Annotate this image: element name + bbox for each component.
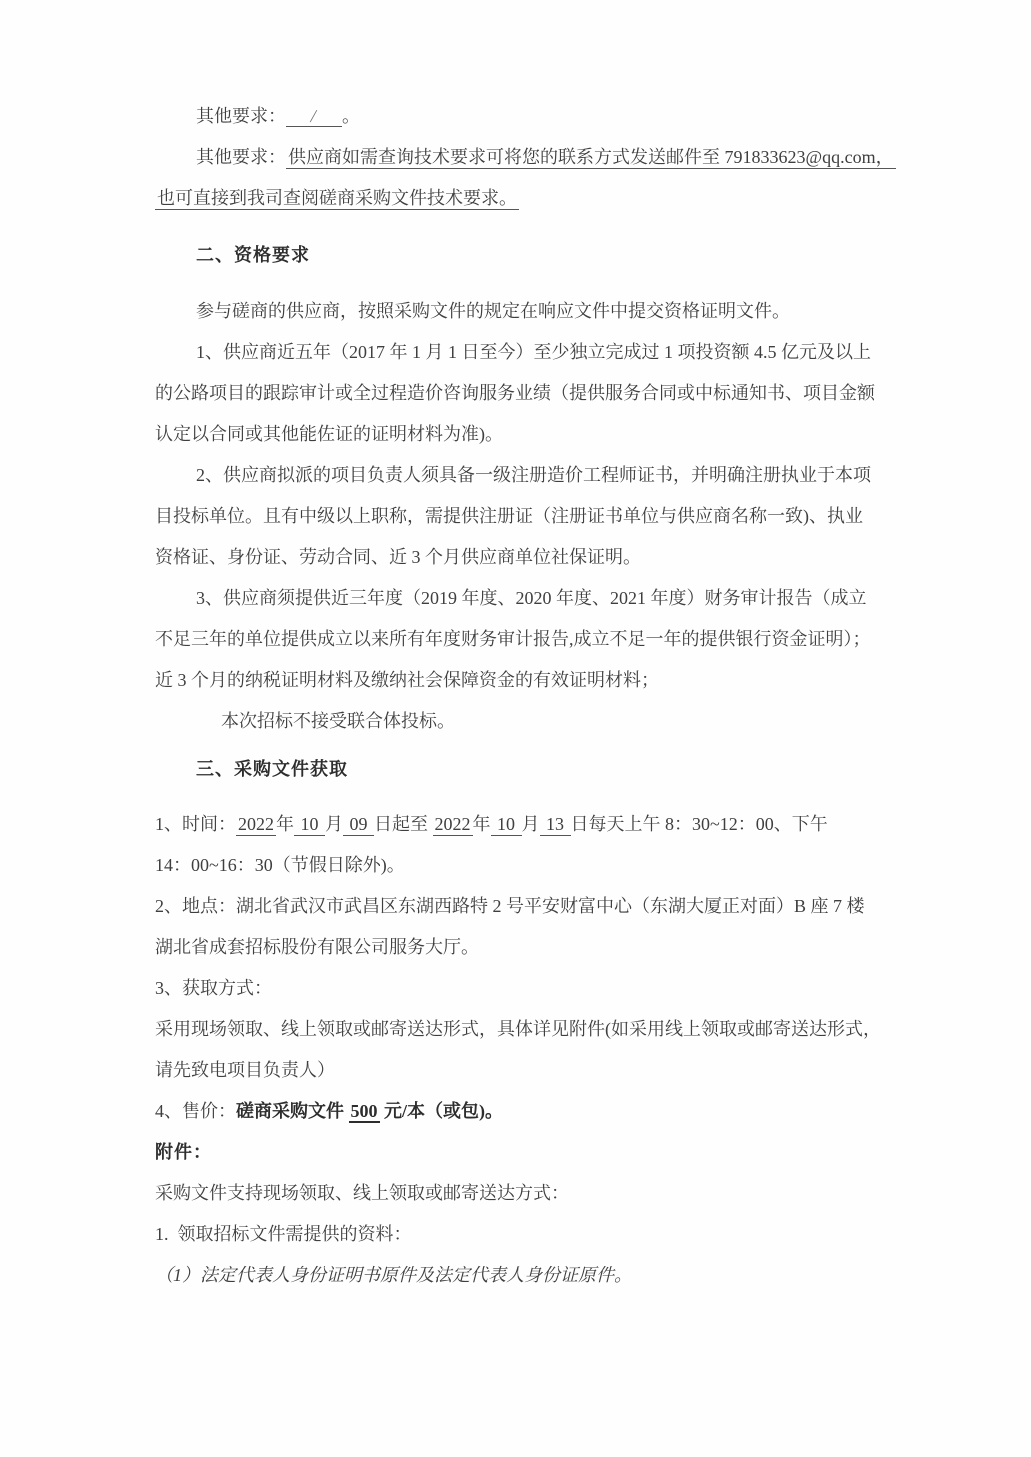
qualification-item-1-line-2: 的公路项目的跟踪审计或全过程造价咨询服务业绩（提供服务合同或中标通知书、项目金额 <box>155 373 883 414</box>
place-line-1: 2、地点：湖北省武汉市武昌区东湖西路特 2 号平安财富中心（东湖大厦正对面）B … <box>155 886 883 927</box>
time-sep-2: 月 <box>325 814 343 834</box>
other-requirements-underlined-text-1: 供应商如需查询技术要求可将您的联系方式发送邮件至 791833623@qq.co… <box>286 147 896 169</box>
blank-underline: / <box>286 106 342 127</box>
time-sep-1: 年 <box>276 814 294 834</box>
other-requirements-underlined-text-2: 也可直接到我司查阅磋商采购文件技术要求。 <box>155 188 519 210</box>
time-sep-3: 年 <box>473 814 491 834</box>
price-prefix: 4、售价： <box>155 1101 236 1121</box>
time-line-2: 14：00~16：30（节假日除外)。 <box>155 845 883 886</box>
other-requirements-line-2: 也可直接到我司查阅磋商采购文件技术要求。 <box>155 178 883 219</box>
qualification-item-2-line-1: 2、供应商拟派的项目负责人须具备一级注册造价工程师证书，并明确注册执业于本项 <box>155 455 883 496</box>
slash-mark: / <box>309 106 318 126</box>
price-value: 500 <box>349 1101 380 1123</box>
method-label-line: 3、获取方式： <box>155 968 883 1009</box>
other-requirements-line-1: 其他要求：供应商如需查询技术要求可将您的联系方式发送邮件至 791833623@… <box>155 137 883 178</box>
time-line-1: 1、时间：2022年 10 月 09 日起至 2022年 10 月 13 日每天… <box>155 804 883 845</box>
time-prefix: 1、时间： <box>155 814 236 834</box>
section-2-heading: 二、资格要求 <box>155 235 883 276</box>
place-line-2: 湖北省成套招标股份有限公司服务大厅。 <box>155 927 883 968</box>
no-consortium-note: 本次招标不接受联合体投标。 <box>155 701 883 742</box>
qualification-item-2-line-3: 资格证、身份证、劳动合同、近 3 个月供应商单位社保证明。 <box>155 537 883 578</box>
time-year-2: 2022 <box>433 814 473 836</box>
other-requirements-label-1: 其他要求： <box>196 106 286 126</box>
qualification-item-1-line-3: 认定以合同或其他能佐证的证明材料为准)。 <box>155 414 883 455</box>
qualification-item-3-line-1: 3、供应商须提供近三年度（2019 年度、2020 年度、2021 年度）财务审… <box>155 578 883 619</box>
attachment-item-1-sub-1: （1）法定代表人身份证明书原件及法定代表人身份证原件。 <box>155 1255 883 1296</box>
qualification-item-3-line-3: 近 3 个月的纳税证明材料及缴纳社会保障资金的有效证明材料； <box>155 660 883 701</box>
qualification-item-1-line-1: 1、供应商近五年（2017 年 1 月 1 日至今）至少独立完成过 1 项投资额… <box>155 332 883 373</box>
time-month-2: 10 <box>491 814 522 836</box>
time-day-2: 13 <box>540 814 571 836</box>
attachment-intro: 采购文件支持现场领取、线上领取或邮寄送达方式： <box>155 1173 883 1214</box>
section-3-heading: 三、采购文件获取 <box>155 749 883 790</box>
time-suffix: 日每天上午 8：30~12：00、下午 <box>571 814 828 834</box>
time-year-1: 2022 <box>236 814 276 836</box>
scanned-document-page: 其他要求：/。 其他要求：供应商如需查询技术要求可将您的联系方式发送邮件至 79… <box>0 0 1031 1457</box>
time-mid: 日起至 <box>374 814 433 834</box>
price-bold-pre: 磋商采购文件 <box>236 1101 349 1121</box>
qualification-item-3-line-2: 不足三年的单位提供成立以来所有年度财务审计报告,成立不足一年的提供银行资金证明）… <box>155 619 883 660</box>
time-day-1: 09 <box>343 814 374 836</box>
other-requirements-blank-line: 其他要求：/。 <box>155 96 883 137</box>
price-bold-post: 元/本（或包)。 <box>380 1101 504 1121</box>
attachment-item-1: 1. 领取招标文件需提供的资料： <box>155 1214 883 1255</box>
attachment-heading: 附件： <box>155 1132 883 1173</box>
price-line: 4、售价：磋商采购文件 500 元/本（或包)。 <box>155 1091 883 1132</box>
method-line-2: 请先致电项目负责人） <box>155 1050 883 1091</box>
time-month-1: 10 <box>294 814 325 836</box>
time-sep-4: 月 <box>522 814 540 834</box>
period-mark: 。 <box>342 106 360 126</box>
section-2-intro: 参与磋商的供应商，按照采购文件的规定在响应文件中提交资格证明文件。 <box>155 291 883 332</box>
document-content: 其他要求：/。 其他要求：供应商如需查询技术要求可将您的联系方式发送邮件至 79… <box>0 0 1031 1296</box>
qualification-item-2-line-2: 目投标单位。且有中级以上职称，需提供注册证（注册证书单位与供应商名称一致)、执业 <box>155 496 883 537</box>
other-requirements-label-2: 其他要求： <box>196 147 286 167</box>
method-line-1: 采用现场领取、线上领取或邮寄送达形式，具体详见附件(如采用线上领取或邮寄送达形式… <box>155 1009 883 1050</box>
